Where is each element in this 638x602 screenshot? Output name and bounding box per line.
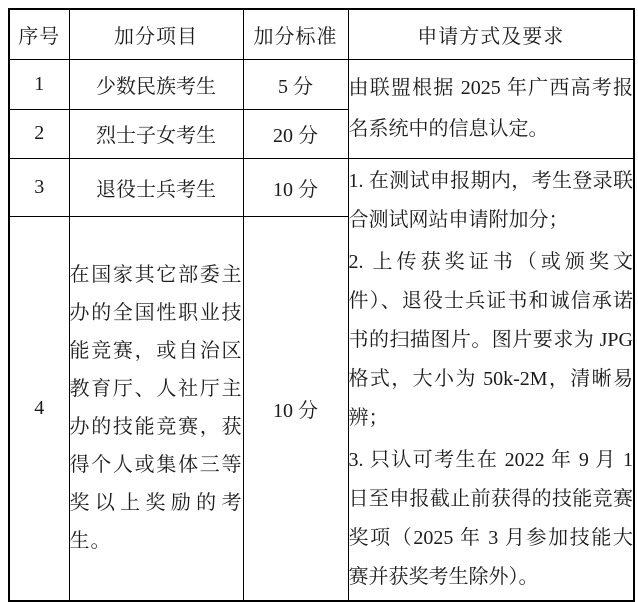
requirement-item-1: 1. 在测试申报期内，考生登录联合测试网站申请附加分； <box>349 162 634 240</box>
cell-item-2: 烈士子女考生 <box>69 109 243 158</box>
cell-serial-2: 2 <box>9 109 69 158</box>
header-cell-standard: 加分标准 <box>243 9 348 59</box>
requirement-item-3: 3. 只认可考生在 2022 年 9 月 1 日至申报截止前获得的技能竞赛奖项（… <box>349 441 634 597</box>
requirement-item-2: 2. 上传获奖证书（或颁奖文件）、退役士兵证书和诚信承诺书的扫描图片。图片要求为… <box>349 243 634 438</box>
cell-requirements-rows-3-4: 1. 在测试申报期内，考生登录联合测试网站申请附加分； 2. 上传获奖证书（或颁… <box>348 158 634 601</box>
requirements-text-rows-1-2: 由联盟根据 2025 年广西高考报名系统中的信息认定。 <box>349 68 634 150</box>
header-cell-item: 加分项目 <box>69 9 243 59</box>
cell-score-3: 10 分 <box>243 158 348 216</box>
cell-score-1: 5 分 <box>243 59 348 109</box>
cell-score-4: 10 分 <box>243 216 348 601</box>
bonus-points-table: 序号 加分项目 加分标准 申请方式及要求 1 少数民族考生 5 分 由联盟根据 … <box>8 8 635 602</box>
cell-score-2: 20 分 <box>243 109 348 158</box>
table-header-row: 序号 加分项目 加分标准 申请方式及要求 <box>9 9 634 59</box>
header-cell-requirements: 申请方式及要求 <box>348 9 634 59</box>
cell-serial-1: 1 <box>9 59 69 109</box>
header-cell-serial: 序号 <box>9 9 69 59</box>
cell-item-3: 退役士兵考生 <box>69 158 243 216</box>
cell-requirements-rows-1-2: 由联盟根据 2025 年广西高考报名系统中的信息认定。 <box>348 59 634 158</box>
table-row: 3 退役士兵考生 10 分 1. 在测试申报期内，考生登录联合测试网站申请附加分… <box>9 158 634 216</box>
table-row: 1 少数民族考生 5 分 由联盟根据 2025 年广西高考报名系统中的信息认定。 <box>9 59 634 109</box>
cell-item-4: 在国家其它部委主办的全国性职业技能竞赛，或自治区教育厅、人社厅主办的技能竞赛，获… <box>69 216 243 601</box>
cell-serial-4: 4 <box>9 216 69 601</box>
document-page: 序号 加分项目 加分标准 申请方式及要求 1 少数民族考生 5 分 由联盟根据 … <box>0 0 638 602</box>
cell-serial-3: 3 <box>9 158 69 216</box>
cell-item-1: 少数民族考生 <box>69 59 243 109</box>
